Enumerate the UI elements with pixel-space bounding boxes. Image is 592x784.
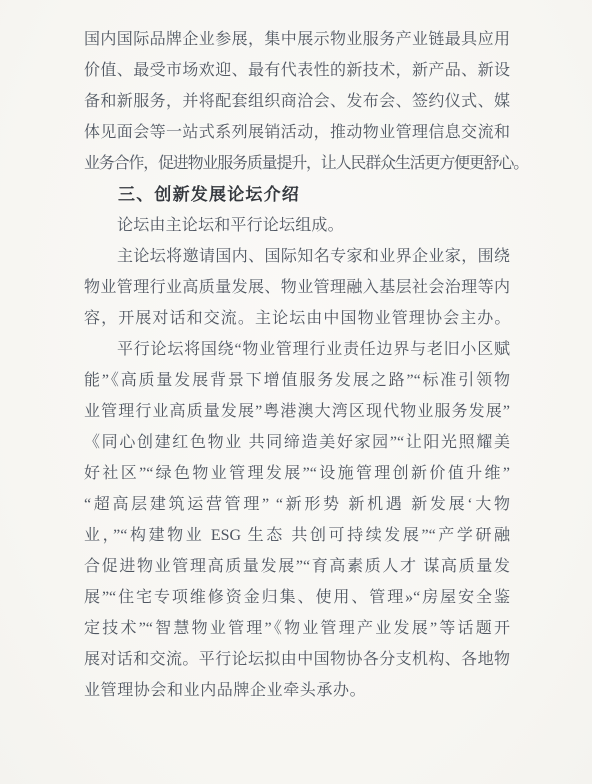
text-line: 价值、最受市场欢迎、最有代表性的新技术，新产品、新设 — [84, 55, 510, 86]
text-line: 展”“住宅专项维修资金归集、使用、管理»“房屋安全鉴 — [84, 582, 510, 613]
text-line: 业管理协会和业内品牌企业牵头承办。 — [84, 675, 510, 706]
text-line: 备和新服务，并将配套组织商洽会、发布会、签约仪式、媒 — [84, 86, 510, 117]
text-line: 好社区”“绿色物业管理发展”“设施管理创新价值升维” — [84, 458, 510, 489]
text-line: 论坛由主论坛和平行论坛组成。 — [84, 210, 510, 241]
text-line: 定技术”“智慧物业管理”《物业管理产业发展”等话题开 — [84, 613, 510, 644]
text-line: 主论坛将邀请国内、国际知名专家和业界企业家，围绕 — [84, 241, 510, 272]
text-line: 能”《高质量发展背景下增值服务发展之路”“标准引领物 — [84, 365, 510, 396]
scanned-document-page: 国内国际品牌企业参展，集中展示物业服务产业链最具应用价值、最受市场欢迎、最有代表… — [0, 0, 592, 784]
text-line: 平行论坛将国绕“物业管理行业责任边界与老旧小区赋 — [84, 334, 510, 365]
text-line: 合促进物业管理高质量发展”“育高素质人才 谋高质量发 — [84, 551, 510, 582]
text-line: “超高层建筑运营管理” “新形势 新机遇 新发展‘大物 — [84, 489, 510, 520]
text-line: 物业管理行业高质量发展、物业管理融入基层社会治理等内 — [84, 272, 510, 303]
text-line: 《同心创建红色物业 共同缔造美好家园”“让阳光照耀美 — [84, 427, 510, 458]
text-line: 业，”“构建物业 ESG 生态 共创可持续发展”“产学研融 — [84, 520, 510, 551]
document-body: 国内国际品牌企业参展，集中展示物业服务产业链最具应用价值、最受市场欢迎、最有代表… — [84, 24, 510, 706]
text-line: 业务合作，促进物业服务质量提升，让人民群众生活更方便更舒心。 — [84, 148, 510, 179]
section-heading: 三、创新发展论坛介绍 — [84, 179, 510, 210]
text-line: 体见面会等一站式系列展销活动，推动物业管理信息交流和 — [84, 117, 510, 148]
text-line: 展对话和交流。平行论坛拟由中国物协各分支机构、各地物 — [84, 644, 510, 675]
text-line: 容，开展对话和交流。主论坛由中国物业管理协会主办。 — [84, 303, 510, 334]
text-line: 业管理行业高质量发展”粤港澳大湾区现代物业服务发展” — [84, 396, 510, 427]
text-line: 国内国际品牌企业参展，集中展示物业服务产业链最具应用 — [84, 24, 510, 55]
